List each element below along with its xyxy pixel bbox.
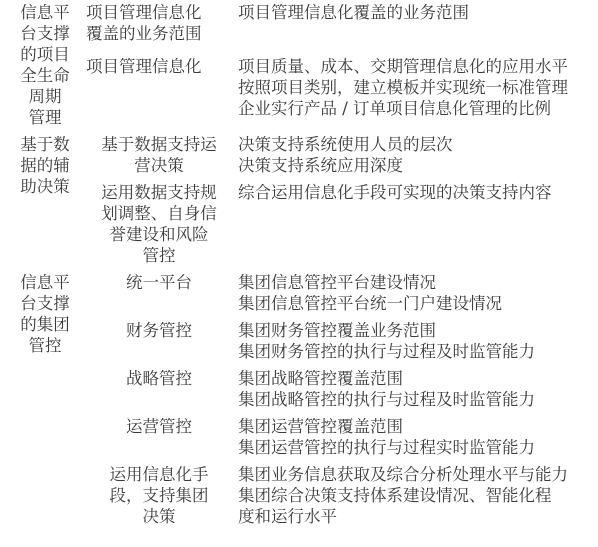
category-line: 台支撑 — [8, 23, 82, 44]
item-cell: 基于数据支持运营决策 — [86, 134, 236, 182]
category-line: 信息平 — [8, 272, 82, 293]
indicator-line: 集团运营管控的执行与过程实时监管能力 — [238, 437, 598, 458]
table-row: 财务管控集团财务管控覆盖业务范围集团财务管控的执行与过程及时监管能力 — [8, 320, 598, 368]
category-cell: 基于数据的辅助决策 — [8, 134, 86, 272]
indicator-cell: 集团运营管控覆盖范围集团运营管控的执行与过程实时监管能力 — [236, 416, 598, 464]
item-cell: 统一平台 — [86, 272, 236, 320]
indicator-line: 集团财务管控覆盖业务范围 — [238, 320, 598, 341]
table-row: 信息平台支撑的项目全生命周期管理项目管理信息化覆盖的业务范围项目管理信息化覆盖的… — [8, 2, 598, 56]
indicator-line: 集团战略管控覆盖范围 — [238, 368, 598, 389]
indicator-line: 集团财务管控的执行与过程及时监管能力 — [238, 341, 598, 362]
indicator-line: 按照项目类别，建立模板并实现统一标准管理 — [238, 77, 598, 98]
item-line: 管控 — [86, 245, 232, 266]
category-line: 全生命 — [8, 65, 82, 86]
item-line: 战略管控 — [86, 368, 232, 389]
indicator-cell: 决策支持系统使用人员的层次决策支持系统应用深度 — [236, 134, 598, 182]
item-cell: 运用数据支持规划调整、自身信誉建设和风险管控 — [86, 182, 236, 272]
table-row: 信息平台支撑的集团管控统一平台集团信息管控平台建设情况集团信息管控平台统一门户建… — [8, 272, 598, 320]
item-line: 项目管理信息化 — [86, 2, 232, 23]
item-cell: 财务管控 — [86, 320, 236, 368]
item-line: 划调整、自身信 — [86, 203, 232, 224]
category-line: 基于数 — [8, 134, 82, 155]
indicator-table: 信息平台支撑的项目全生命周期管理项目管理信息化覆盖的业务范围项目管理信息化覆盖的… — [8, 2, 598, 533]
table-row: 基于数据的辅助决策基于数据支持运营决策决策支持系统使用人员的层次决策支持系统应用… — [8, 134, 598, 182]
indicator-cell: 集团战略管控覆盖范围集团战略管控的执行与过程及时监管能力 — [236, 368, 598, 416]
category-line: 的集团 — [8, 314, 82, 335]
item-line: 运用数据支持规 — [86, 182, 232, 203]
indicator-line: 集团运营管控覆盖范围 — [238, 416, 598, 437]
indicator-cell: 项目管理信息化覆盖的业务范围 — [236, 2, 598, 56]
indicator-line: 项目管理信息化覆盖的业务范围 — [238, 2, 598, 23]
indicator-cell: 项目质量、成本、交期管理信息化的应用水平按照项目类别，建立模板并实现统一标准管理… — [236, 56, 598, 134]
table-row: 项目管理信息化项目质量、成本、交期管理信息化的应用水平按照项目类别，建立模板并实… — [8, 56, 598, 134]
category-cell: 信息平台支撑的集团管控 — [8, 272, 86, 533]
item-line: 决策 — [86, 506, 232, 527]
item-line: 基于数据支持运 — [86, 134, 232, 155]
category-cell: 信息平台支撑的项目全生命周期管理 — [8, 2, 86, 134]
item-cell: 项目管理信息化 — [86, 56, 236, 134]
item-cell: 运营管控 — [86, 416, 236, 464]
table-row: 战略管控集团战略管控覆盖范围集团战略管控的执行与过程及时监管能力 — [8, 368, 598, 416]
table-row: 运用信息化手段，支持集团决策集团业务信息获取及综合分析处理水平与能力集团综合决策… — [8, 464, 598, 533]
item-cell: 战略管控 — [86, 368, 236, 416]
category-line: 周期 — [8, 86, 82, 107]
item-line: 覆盖的业务范围 — [86, 23, 232, 44]
item-line: 财务管控 — [86, 320, 232, 341]
category-line: 管控 — [8, 335, 82, 356]
category-line: 据的辅 — [8, 155, 82, 176]
indicator-line: 度和运行水平 — [238, 506, 598, 527]
item-line: 营决策 — [86, 155, 232, 176]
indicator-line: 集团业务信息获取及综合分析处理水平与能力 — [238, 464, 598, 485]
indicator-cell: 综合运用信息化手段可实现的决策支持内容 — [236, 182, 598, 272]
item-cell: 项目管理信息化覆盖的业务范围 — [86, 2, 236, 56]
indicator-cell: 集团信息管控平台建设情况集团信息管控平台统一门户建设情况 — [236, 272, 598, 320]
indicator-line: 决策支持系统应用深度 — [238, 155, 598, 176]
item-line: 誉建设和风险 — [86, 224, 232, 245]
indicator-line: 集团信息管控平台统一门户建设情况 — [238, 293, 598, 314]
item-cell: 运用信息化手段，支持集团决策 — [86, 464, 236, 533]
indicator-cell: 集团业务信息获取及综合分析处理水平与能力集团综合决策支持体系建设情况、智能化程度… — [236, 464, 598, 533]
indicator-line: 集团信息管控平台建设情况 — [238, 272, 598, 293]
indicator-line: 综合运用信息化手段可实现的决策支持内容 — [238, 182, 598, 203]
item-line: 统一平台 — [86, 272, 232, 293]
indicator-line: 集团综合决策支持体系建设情况、智能化程 — [238, 485, 598, 506]
category-line: 管理 — [8, 107, 82, 128]
table-row: 运用数据支持规划调整、自身信誉建设和风险管控综合运用信息化手段可实现的决策支持内… — [8, 182, 598, 272]
item-line: 运营管控 — [86, 416, 232, 437]
indicator-table-body: 信息平台支撑的项目全生命周期管理项目管理信息化覆盖的业务范围项目管理信息化覆盖的… — [8, 2, 598, 533]
indicator-line: 项目质量、成本、交期管理信息化的应用水平 — [238, 56, 598, 77]
category-line: 的项目 — [8, 44, 82, 65]
item-line: 段，支持集团 — [86, 485, 232, 506]
item-line: 项目管理信息化 — [86, 56, 232, 77]
category-line: 台支撑 — [8, 293, 82, 314]
indicator-line: 决策支持系统使用人员的层次 — [238, 134, 598, 155]
category-line: 助决策 — [8, 176, 82, 197]
indicator-line: 企业实行产品 / 订单项目信息化管理的比例 — [238, 98, 598, 119]
item-line: 运用信息化手 — [86, 464, 232, 485]
indicator-cell: 集团财务管控覆盖业务范围集团财务管控的执行与过程及时监管能力 — [236, 320, 598, 368]
table-row: 运营管控集团运营管控覆盖范围集团运营管控的执行与过程实时监管能力 — [8, 416, 598, 464]
category-line: 信息平 — [8, 2, 82, 23]
indicator-line: 集团战略管控的执行与过程及时监管能力 — [238, 389, 598, 410]
